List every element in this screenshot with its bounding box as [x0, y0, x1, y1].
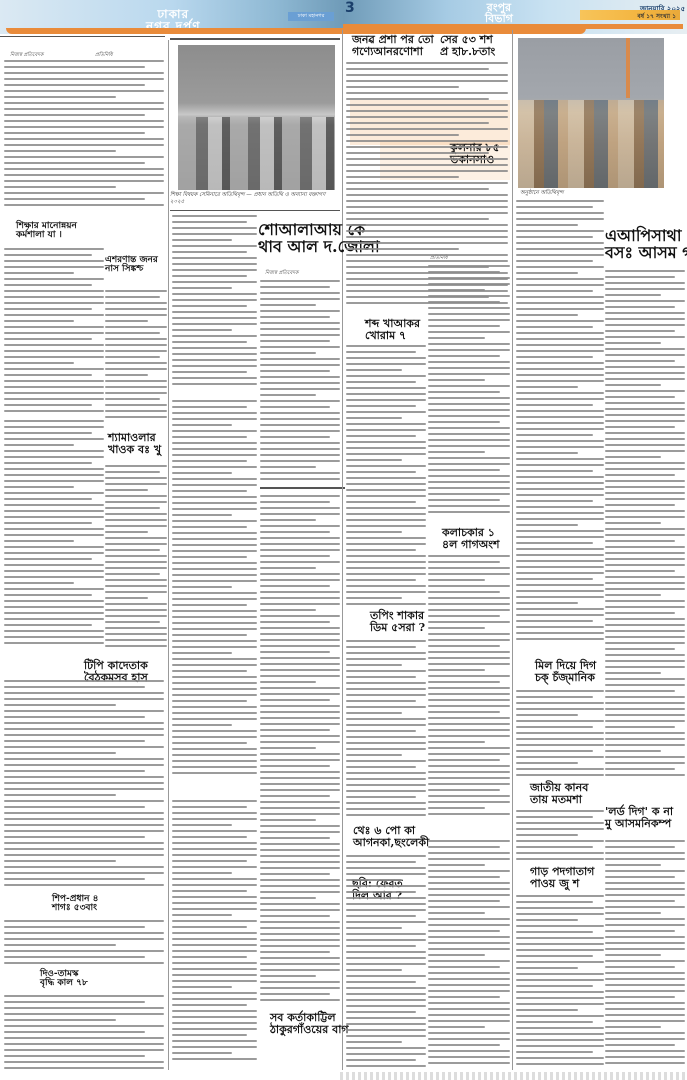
headline[interactable]: দিও-তামস্কবৃদ্ধি কাল ৭৮	[40, 970, 88, 989]
article-body	[260, 495, 340, 1015]
byline: প্রতিনিধি	[95, 52, 113, 60]
headline[interactable]: শব্দ খাআকরখোরাম ৭	[365, 318, 420, 341]
column-rule	[168, 40, 169, 1070]
headline[interactable]: শিপ-প্রধান ৪শাগঃ ৫৩বাং	[52, 895, 98, 914]
headline[interactable]: শিক্ষার মানোন্নয়নকর্মশালা যা ।	[16, 222, 77, 241]
article-body	[428, 265, 510, 525]
article-body	[516, 200, 604, 650]
headline[interactable]: গাড় পদগাতাগপাওয় জু শ	[530, 866, 594, 889]
column-rule	[342, 30, 343, 1070]
headline[interactable]: এশরণান্ত জনরনাস সিঙ্কশ্চ	[105, 256, 158, 275]
photo-caption-left: শিক্ষা বিষয়ক সেমিনারে অতিথিবৃন্দ — প্রধ…	[170, 192, 340, 206]
divider	[170, 38, 340, 40]
article-body	[516, 810, 604, 865]
article-body	[4, 920, 164, 970]
article-body	[105, 290, 167, 425]
headline[interactable]: জাতীয় কানবতায় মতমশা	[530, 782, 588, 805]
divider	[0, 36, 165, 37]
byline: নিজস্ব প্রতিবেদক	[265, 270, 298, 278]
page-bottom-pattern	[340, 1072, 687, 1080]
section-badge: ঢাকা মহানগর	[288, 12, 334, 21]
headline[interactable]: থেঃ ৬ পো কাআগনকা,ছংলেকী	[353, 825, 429, 848]
byline: নিজস্ব প্রতিবেদক	[10, 52, 43, 60]
article-body	[516, 895, 604, 1070]
divider	[260, 487, 345, 489]
photo-caption-right: অনুষ্ঠানে অতিথিবৃন্দ	[520, 190, 660, 197]
masthead: ঢাকার নগর দর্পণ ঢাকা মহানগর 3 রংপুর বিভা…	[0, 0, 687, 34]
article-body	[346, 855, 426, 1070]
article-body	[516, 690, 604, 780]
headline[interactable]: তপিং শাকারডিম ৫সরা ?	[370, 610, 425, 633]
headline[interactable]: সব কর্তাকাট্টিলঠাকুরগাঁওয়ের বাগ	[270, 1012, 349, 1035]
headline[interactable]: মিল দিয়ে দিগচক্ চঁজ্মানিক	[535, 660, 596, 683]
issue-number-bar: বর্ষ ১৭ সংখ্যা ১	[580, 10, 680, 20]
article-body	[428, 555, 510, 820]
headline[interactable]: সের ৫৩ শশপ্র হা৮.৮তাং	[440, 34, 495, 57]
article-body	[4, 995, 164, 1075]
conference-photo-right	[518, 38, 664, 188]
article-body	[105, 465, 167, 655]
article-body	[260, 280, 340, 485]
article-body	[172, 215, 257, 395]
article-body	[605, 270, 685, 800]
divider	[170, 210, 340, 211]
article-body	[428, 840, 510, 1070]
article-body	[4, 248, 104, 418]
headline[interactable]: কলাচকার ১৪ল গাগঅংশ	[442, 527, 500, 550]
column-rule	[512, 30, 513, 1070]
article-body	[346, 640, 426, 820]
headline-lead[interactable]: এআপিসাথা ৫৩বসঃ আসম গা	[605, 228, 687, 262]
article-body	[346, 345, 426, 610]
article-body	[172, 400, 257, 780]
headline[interactable]: শ্যামাওলারখাওক বঃ খু	[108, 432, 161, 455]
article-body	[605, 840, 685, 1070]
headline[interactable]: 'লর্ড দিগ' ক নামু আসমনিকম্প	[605, 806, 673, 829]
page-number: 3	[345, 0, 355, 16]
article-body	[4, 680, 164, 890]
article-body	[4, 60, 164, 215]
headline[interactable]: জনৱ প্রশা পর তোগণ্যেআনরণোশা	[352, 34, 434, 57]
section-title-right: রংপুর বিভাগ	[485, 2, 513, 24]
conference-photo-left	[178, 45, 335, 190]
masthead-orange-rule-right	[343, 24, 683, 29]
article-body	[4, 420, 104, 650]
article-body	[172, 800, 257, 1070]
